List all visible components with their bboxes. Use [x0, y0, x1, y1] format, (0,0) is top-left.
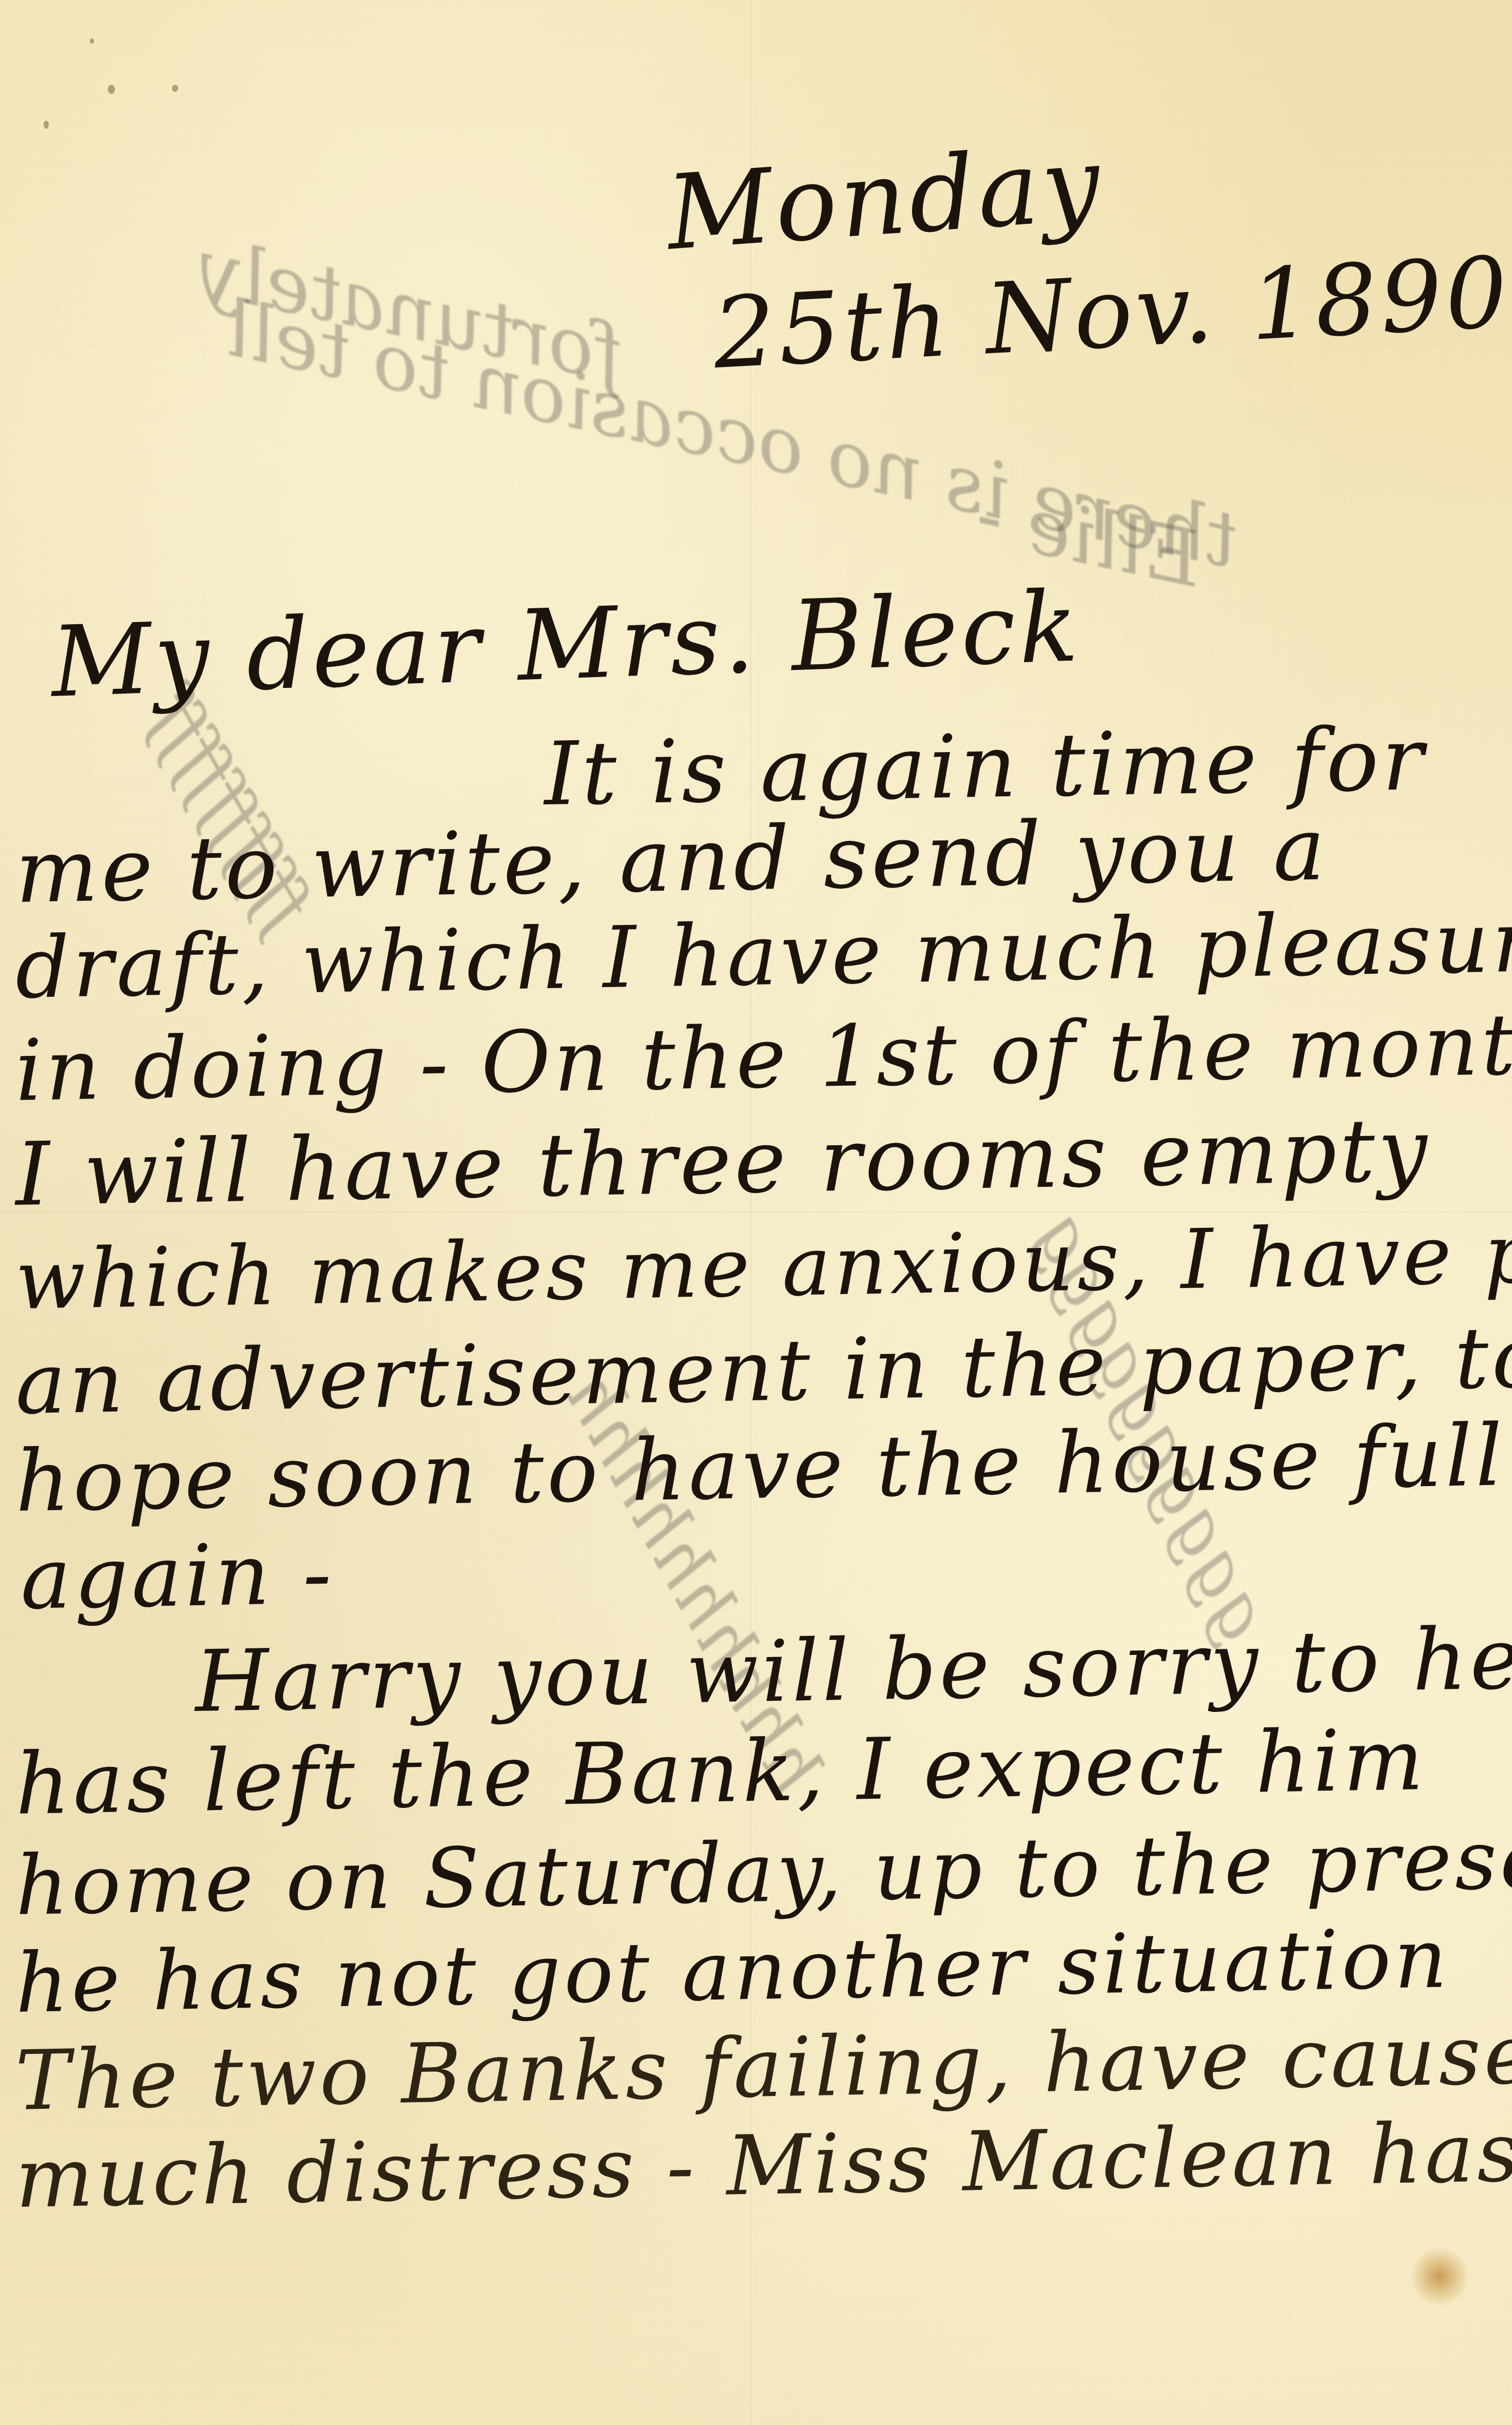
salutation: My dear Mrs. Bleck — [49, 570, 1082, 719]
letter-day: Monday — [663, 124, 1107, 274]
letter-page: fortunately there is no occasion to tell… — [0, 0, 1512, 2425]
paper-speck — [90, 39, 94, 44]
body-line: I will have three rooms empty — [14, 1100, 1431, 1226]
paper-speck — [108, 85, 115, 94]
paper-speck — [172, 85, 178, 92]
body-line: again - — [20, 1524, 335, 1628]
body-line: which makes me anxious, I have put — [14, 1204, 1512, 1328]
foxing-stain — [1411, 2248, 1468, 2305]
bleed-through-text: fortunately — [190, 223, 632, 400]
paper-speck — [44, 121, 49, 129]
